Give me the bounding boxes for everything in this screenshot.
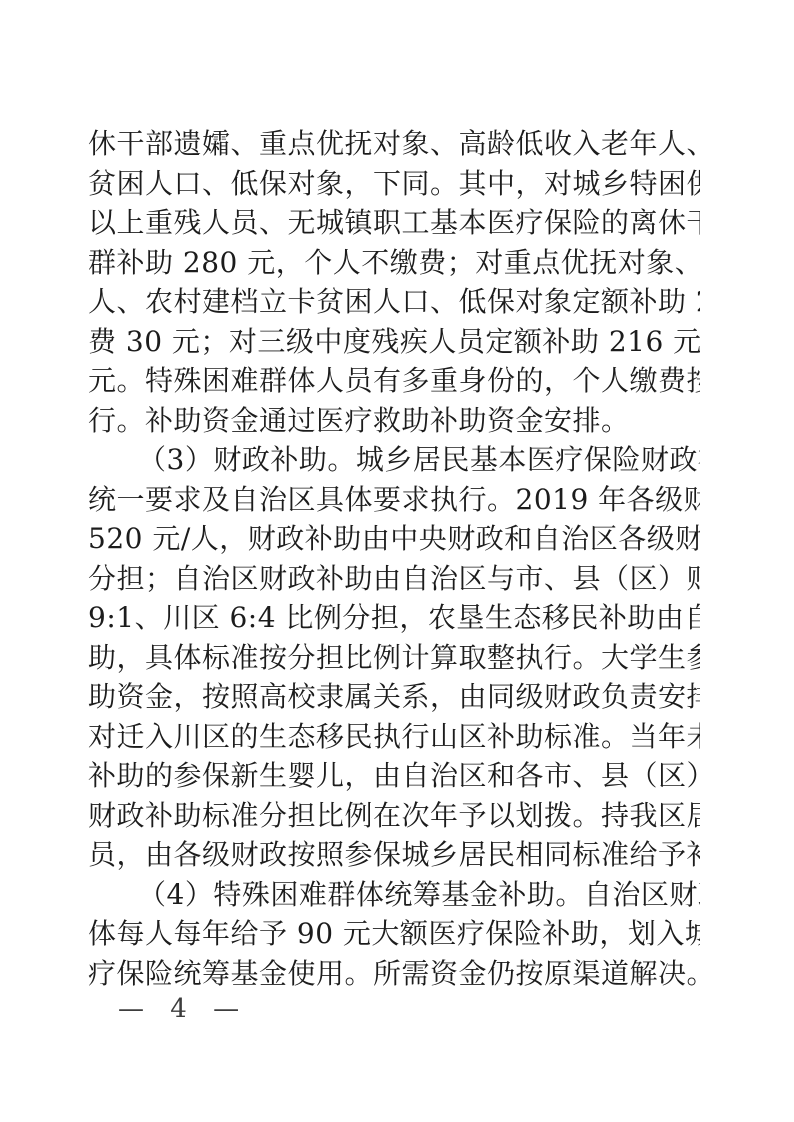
document-page: 休干部遗孀、重点优抚对象、高龄低收入老年人、农村建档立卡贫困人口、低保对象，下同…	[0, 0, 794, 1122]
text-line: （4）特殊困难群体统筹基金补助。自治区财政对特殊困难群	[88, 875, 700, 915]
text-line: 对迁入川区的生态移民执行山区补助标准。当年未享受国家财政	[88, 717, 700, 757]
paragraph: 休干部遗孀、重点优抚对象、高龄低收入老年人、农村建档立卡贫困人口、低保对象，下同…	[88, 124, 700, 440]
text-line: 统一要求及自治区具体要求执行。2019 年各级财政补助标准为	[88, 480, 700, 520]
paragraph: （3）财政补助。城乡居民基本医疗保险财政补助标准按国家统一要求及自治区具体要求执…	[88, 440, 700, 875]
text-line: 分担；自治区财政补助由自治区与市、县（区）财政按山区	[88, 559, 700, 599]
text-line: 费 30 元；对三级中度残疾人员定额补助 216 元，个人缴费 64	[88, 322, 700, 362]
text-line: 助，具体标准按分担比例计算取整执行。大学生参保所需财政补	[88, 638, 700, 678]
text-line: 元。特殊困难群体人员有多重身份的，个人缴费按就低原则执	[88, 361, 700, 401]
text-line: 行。补助资金通过医疗救助补助资金安排。	[88, 401, 700, 441]
text-line: 520 元/人，财政补助由中央财政和自治区各级财政按 8:2 比例	[88, 519, 700, 559]
text-line: 9:1、川区 6:4 比例分担，农垦生态移民补助由自治区全额补	[88, 598, 700, 638]
page-number: — 4 —	[118, 996, 248, 1022]
text-line: 财政补助标准分担比例在次年予以划拨。持我区居住证参保的人	[88, 796, 700, 836]
text-line: 员，由各级财政按照参保城乡居民相同标准给予补助。	[88, 835, 700, 875]
text-line: （3）财政补助。城乡居民基本医疗保险财政补助标准按国家	[88, 440, 700, 480]
text-line: 群补助 280 元，个人不缴费；对重点优抚对象、高龄低收入老年	[88, 243, 700, 283]
text-line: 补助的参保新生婴儿，由自治区和各市、县（区）财政按照各级	[88, 756, 700, 796]
paragraph: （4）特殊困难群体统筹基金补助。自治区财政对特殊困难群体每人每年给予 90 元大…	[88, 875, 700, 994]
document-body: 休干部遗孀、重点优抚对象、高龄低收入老年人、农村建档立卡贫困人口、低保对象，下同…	[88, 124, 700, 993]
text-line: 人、农村建档立卡贫困人口、低保对象定额补助 250 元，个人缴	[88, 282, 700, 322]
text-line: 疗保险统筹基金使用。所需资金仍按原渠道解决。	[88, 954, 700, 994]
text-line: 助资金，按照高校隶属关系，由同级财政负责安排。自治区财政	[88, 677, 700, 717]
text-line: 体每人每年给予 90 元大额医疗保险补助，划入城乡居民基本医	[88, 914, 700, 954]
text-line: 贫困人口、低保对象，下同。其中，对城乡特困供养人员、二级	[88, 164, 700, 204]
text-line: 以上重残人员、无城镇职工基本医疗保险的离休干部遗孀三类人	[88, 203, 700, 243]
text-line: 休干部遗孀、重点优抚对象、高龄低收入老年人、农村建档立卡	[88, 124, 700, 164]
